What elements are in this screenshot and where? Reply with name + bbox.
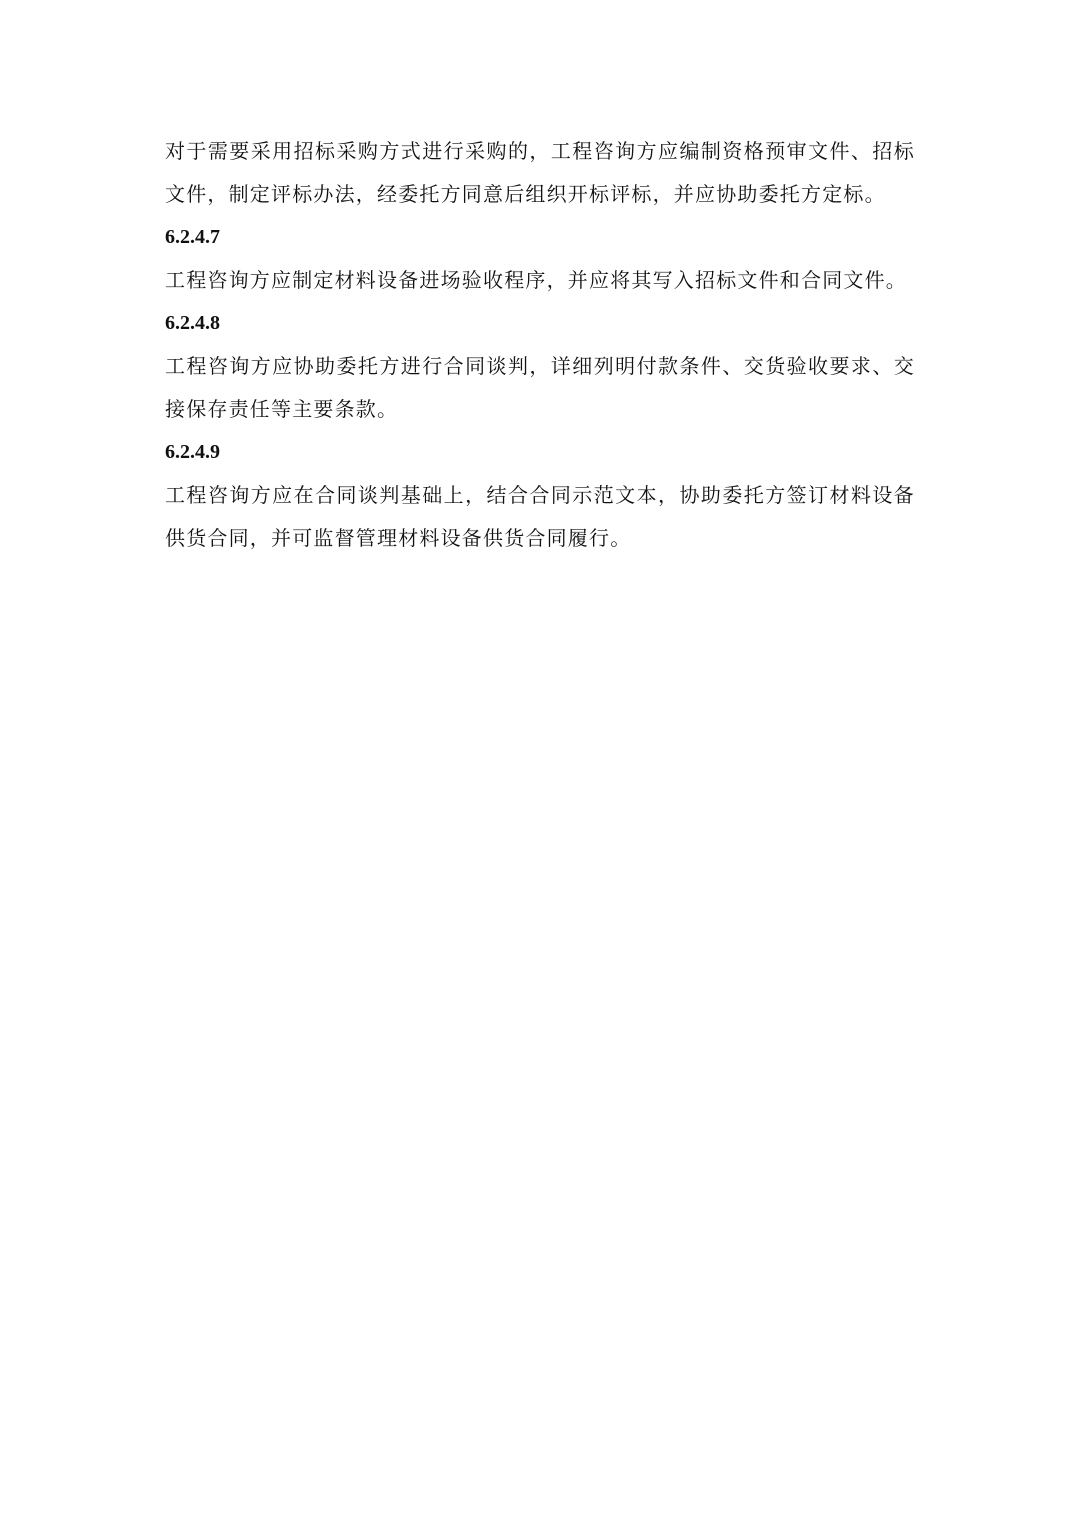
section-heading-6-2-4-9: 6.2.4.9 bbox=[165, 431, 915, 474]
paragraph-acceptance-procedure: 工程咨询方应制定材料设备进场验收程序，并应将其写入招标文件和合同文件。 bbox=[165, 259, 915, 302]
paragraph-procurement-bidding: 对于需要采用招标采购方式进行采购的，工程咨询方应编制资格预审文件、招标文件，制定… bbox=[165, 130, 915, 216]
section-heading-6-2-4-7: 6.2.4.7 bbox=[165, 216, 915, 259]
document-page: 对于需要采用招标采购方式进行采购的，工程咨询方应编制资格预审文件、招标文件，制定… bbox=[165, 130, 915, 560]
paragraph-contract-negotiation: 工程咨询方应协助委托方进行合同谈判，详细列明付款条件、交货验收要求、交接保存责任… bbox=[165, 345, 915, 431]
paragraph-supply-contract: 工程咨询方应在合同谈判基础上，结合合同示范文本，协助委托方签订材料设备供货合同，… bbox=[165, 474, 915, 560]
section-heading-6-2-4-8: 6.2.4.8 bbox=[165, 302, 915, 345]
